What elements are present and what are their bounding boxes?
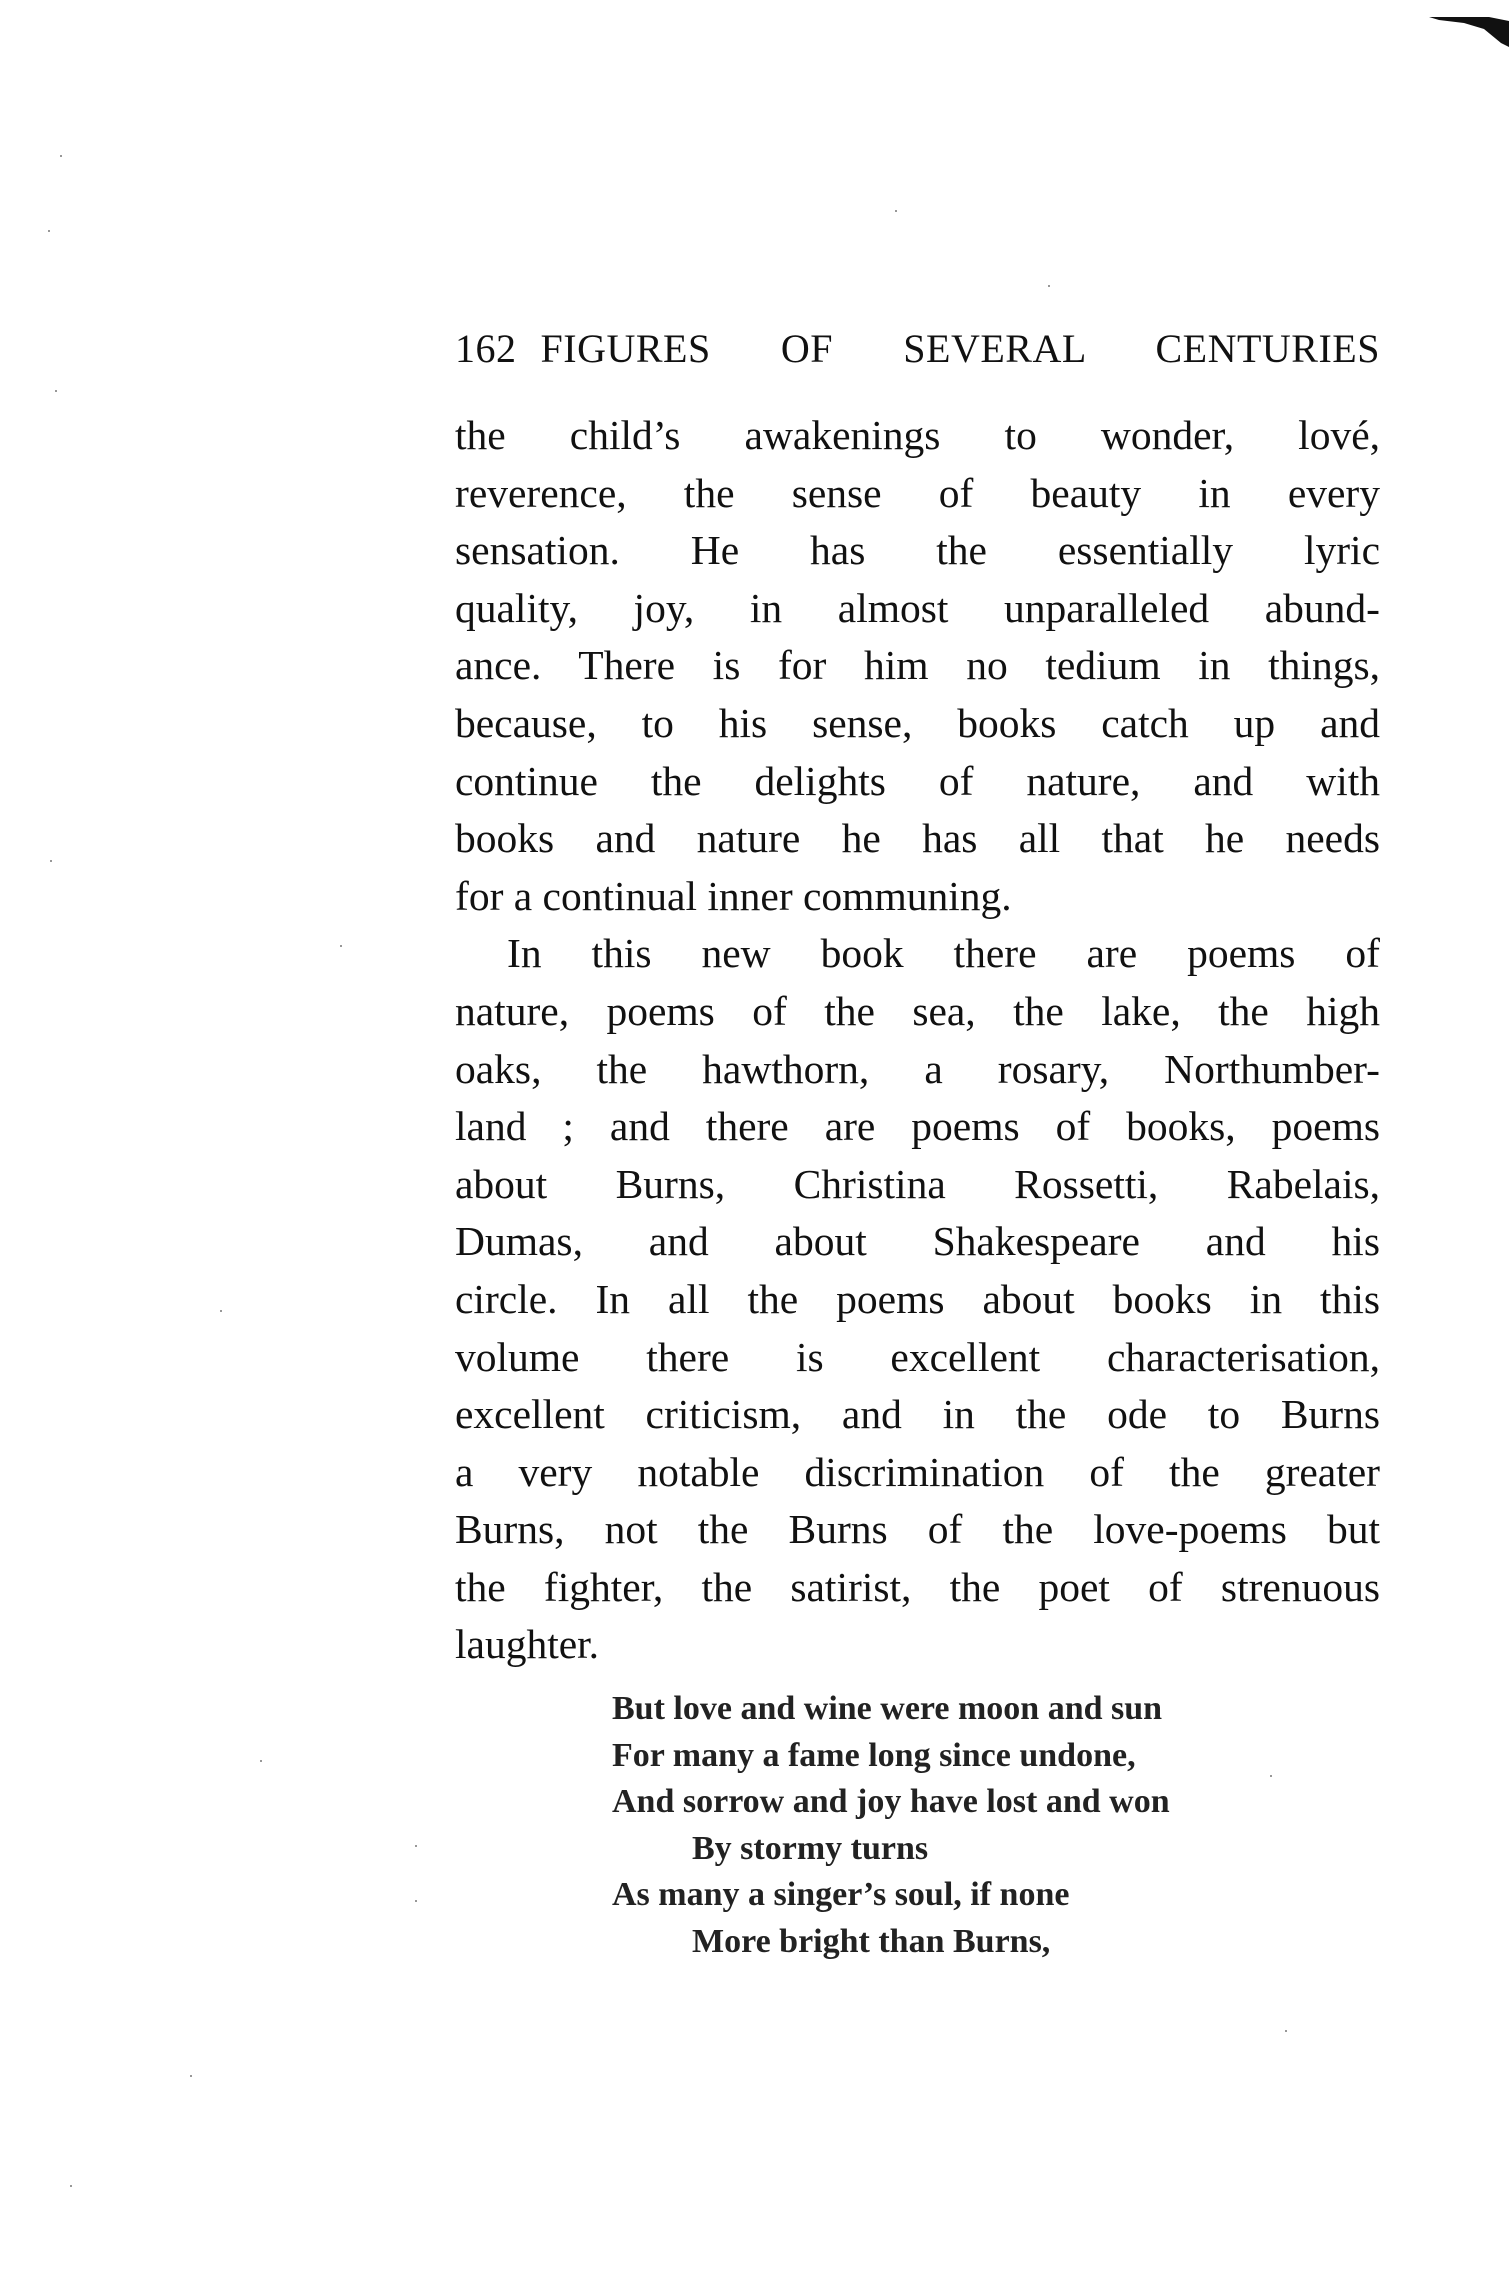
text-line: Burns, not the Burns of the love-poems b… [455,1501,1380,1559]
text-line: continue the delights of nature, and wit… [455,753,1380,811]
text-line: laughter. [455,1616,1380,1674]
text-line: ance. There is for him no tedium in thin… [455,637,1380,695]
paragraph-2: In this new book there are poems of natu… [455,925,1380,1674]
scan-speck [70,2185,72,2187]
text-line: the child’s awakenings to wonder, lové, [455,407,1380,465]
scan-speck [1048,285,1050,287]
book-page: 162 FIGURES OF SEVERAL CENTURIES the chi… [455,325,1380,1965]
scan-edge-artifact [1429,17,1509,47]
scan-speck [895,210,897,212]
scan-speck [190,2075,192,2077]
verse-line: For many a fame long since undone, [612,1733,1380,1780]
text-line: books and nature he has all that he need… [455,810,1380,868]
verse-quotation: But love and wine were moon and sun For … [612,1686,1380,1965]
page-number: 162 [455,325,517,372]
scan-speck [55,390,57,392]
scan-speck [220,1310,222,1312]
text-line: because, to his sense, books catch up an… [455,695,1380,753]
verse-line: As many a singer’s soul, if none [612,1872,1380,1919]
scan-speck [1270,1775,1272,1777]
text-line: volume there is excellent characterisati… [455,1329,1380,1387]
text-line: land ; and there are poems of books, poe… [455,1098,1380,1156]
scan-speck [415,1845,417,1847]
scan-speck [415,1900,417,1902]
text-line: about Burns, Christina Rossetti, Rabelai… [455,1156,1380,1214]
text-line: nature, poems of the sea, the lake, the … [455,983,1380,1041]
scan-speck [50,860,52,862]
scan-speck [260,1760,262,1762]
verse-line: By stormy turns [612,1826,1380,1873]
text-line: excellent criticism, and in the ode to B… [455,1386,1380,1444]
verse-line: But love and wine were moon and sun [612,1686,1380,1733]
text-line: Dumas, and about Shakespeare and his [455,1213,1380,1271]
scan-speck [340,945,342,947]
text-line: circle. In all the poems about books in … [455,1271,1380,1329]
verse-line: And sorrow and joy have lost and won [612,1779,1380,1826]
text-line: quality, joy, in almost unparalleled abu… [455,580,1380,638]
verse-line: More bright than Burns, [612,1919,1380,1966]
running-head: 162 FIGURES OF SEVERAL CENTURIES [455,325,1380,385]
scan-speck [60,155,62,157]
text-line: for a continual inner communing. [455,868,1380,926]
paragraph-1: the child’s awakenings to wonder, lové, … [455,407,1380,925]
scan-speck [1285,2030,1287,2032]
text-line: the fighter, the satirist, the poet of s… [455,1559,1380,1617]
text-line: In this new book there are poems of [455,925,1380,983]
running-title: FIGURES OF SEVERAL CENTURIES [541,325,1381,372]
text-line: reverence, the sense of beauty in every [455,465,1380,523]
scan-speck [48,230,50,232]
text-line: oaks, the hawthorn, a rosary, Northumber… [455,1041,1380,1099]
body-text: the child’s awakenings to wonder, lové, … [455,407,1380,1674]
text-line: a very notable discrimination of the gre… [455,1444,1380,1502]
text-line: sensation. He has the essentially lyric [455,522,1380,580]
